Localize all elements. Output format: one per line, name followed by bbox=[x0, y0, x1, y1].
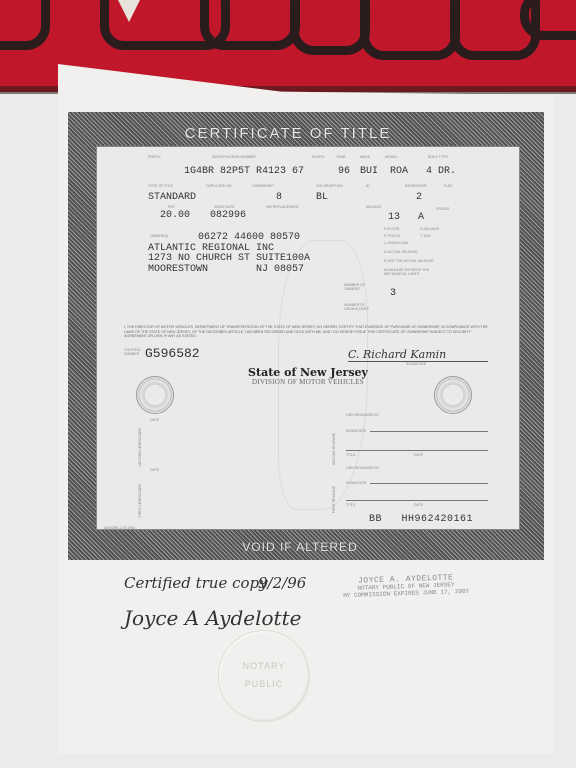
label-actual-mileage: A-ACTUAL MILEAGE bbox=[384, 250, 418, 254]
label-make: MAKE bbox=[360, 155, 370, 159]
label-ownership: OWNERSHIP bbox=[252, 184, 274, 188]
label-identification-number: IDENTIFICATION NUMBER bbox=[212, 155, 256, 159]
label-control-number: CONTROL NUMBER bbox=[124, 348, 142, 356]
label-police: P-POLICE bbox=[384, 234, 400, 238]
textile-pattern bbox=[290, 0, 370, 55]
certificate-title: CERTIFICATE OF TITLE bbox=[0, 125, 576, 142]
title-date-line-1[interactable] bbox=[346, 450, 488, 451]
textile-pattern bbox=[360, 0, 460, 60]
vin-value: 1G4BR 82P5T R4123 67 bbox=[184, 166, 304, 177]
director-signature: C. Richard Kamin bbox=[348, 348, 488, 362]
textile-pattern bbox=[520, 0, 576, 40]
label-year: YEAR bbox=[336, 155, 346, 159]
serial-number: BB HH962420161 bbox=[369, 514, 473, 525]
label-date-seal: DATE bbox=[150, 418, 159, 422]
textile-pattern bbox=[0, 0, 50, 50]
void-if-altered-notice: VOID IF ALTERED bbox=[0, 540, 576, 554]
label-suffix: SUFFIX bbox=[312, 155, 324, 159]
number-of-owners-value: 3 bbox=[390, 288, 396, 299]
label-body-type: BODY TYPE bbox=[428, 155, 448, 159]
title-date-line-2[interactable] bbox=[346, 500, 488, 501]
label-fuel: FUEL bbox=[444, 184, 453, 188]
status-value: A bbox=[418, 212, 424, 223]
label-first-lienholder: FIRST LIENHOLDER bbox=[138, 484, 142, 517]
signature-line-1[interactable] bbox=[370, 431, 488, 432]
ownership-value: 8 bbox=[276, 192, 282, 203]
certified-date: 9/2/96 bbox=[258, 574, 306, 592]
label-passengers: PASSENGER bbox=[405, 184, 427, 188]
label-taxi: T-TAXI bbox=[420, 234, 431, 238]
right-state-seal bbox=[434, 376, 472, 414]
label-not-actual-mileage: E-NOT THE ACTUAL MILEAGE bbox=[384, 259, 434, 263]
model-value: ROA bbox=[390, 166, 408, 177]
label-mileage: MILEAGE bbox=[366, 205, 382, 209]
label-title-1: TITLE bbox=[346, 453, 356, 457]
mileage-value: 13 bbox=[388, 212, 400, 223]
textile-pattern bbox=[200, 0, 300, 50]
label-issue-date: ISSUE DATE bbox=[214, 205, 235, 209]
label-lien-released-by-1: LIEN RELEASED BY bbox=[346, 413, 379, 417]
label-exceeds-limits: M-MILEAGE EXCEEDS THE MECHANICAL LIMITS bbox=[384, 268, 444, 276]
label-vin-replacement: VIN REPLACEMENT bbox=[266, 205, 299, 209]
label-fee: FEE bbox=[168, 205, 175, 209]
label-signature-2: SIGNATURE bbox=[346, 481, 366, 485]
issue-date-value: 082996 bbox=[210, 210, 246, 221]
label-number-of-owners: NUMBER OF OWNERS bbox=[344, 283, 368, 291]
body-type-value: 4 DR. bbox=[426, 166, 456, 177]
emboss-bottom: PUBLIC bbox=[219, 679, 309, 689]
label-duplicate-no: DUPLICATE NO. bbox=[206, 184, 233, 188]
owner-block: 06272 44600 80570 ATLANTIC REGIONAL INC … bbox=[148, 233, 310, 275]
label-color: COLOR/OPTION bbox=[316, 184, 343, 188]
owner-code: 06272 44600 80570 bbox=[148, 233, 310, 244]
certified-copy-note: Certified true copy bbox=[124, 574, 268, 592]
notary-embossed-seal: NOTARY PUBLIC bbox=[218, 630, 310, 722]
label-status: STATUS bbox=[436, 207, 449, 211]
owner-address: 1273 NO CHURCH ST SUITE100A bbox=[148, 254, 310, 265]
label-title-2: TITLE bbox=[346, 503, 356, 507]
type-of-title-value: STANDARD bbox=[148, 192, 196, 203]
control-number-value: G596582 bbox=[145, 346, 200, 361]
label-model: MODEL bbox=[385, 155, 397, 159]
passengers-value: 2 bbox=[416, 192, 422, 203]
label-type-of-title: TYPE OF TITLE bbox=[148, 184, 173, 188]
notary-signature: Joyce A Aydelotte bbox=[124, 606, 301, 630]
year-value: 96 bbox=[338, 166, 350, 177]
owner-city-state-zip: MOORESTOWN NJ 08057 bbox=[148, 265, 310, 276]
label-second-release: SECOND RELEASE bbox=[332, 433, 336, 465]
signature-line-2[interactable] bbox=[370, 483, 488, 484]
label-salvage: S-SALVAGE bbox=[420, 227, 439, 231]
label-lemon-law: L-LEMON LAW bbox=[384, 241, 408, 245]
form-number: DMV2R0-1 (R-1/95) bbox=[104, 526, 135, 530]
division-name: DIVISION OF MOTOR VEHICLES bbox=[0, 378, 576, 386]
left-state-seal bbox=[136, 376, 174, 414]
label-id: ID bbox=[366, 184, 370, 188]
color-value: BL bbox=[316, 192, 328, 203]
emboss-middle: NOTARY bbox=[219, 661, 309, 671]
make-value: BUI bbox=[360, 166, 378, 177]
label-flood: F-FLOOD bbox=[384, 227, 399, 231]
certification-statement: I, THE DIRECTOR OF MOTOR VEHICLES, DEPAR… bbox=[124, 325, 492, 339]
label-first-release: FIRST RELEASE bbox=[332, 486, 336, 513]
label-prefix: PREFIX bbox=[148, 155, 161, 159]
label-second-lienholder: SECOND LIENHOLDER bbox=[138, 428, 142, 466]
label-number-of-lienholders: NUMBER OF LIENHOLDERS bbox=[344, 303, 372, 311]
label-date-left: DATE bbox=[150, 468, 159, 472]
label-date-2: DATE bbox=[414, 503, 423, 507]
label-signature-1: SIGNATURE bbox=[346, 429, 366, 433]
fee-value: 20.00 bbox=[160, 210, 190, 221]
label-lien-released-by-2: LIEN RELEASED BY bbox=[346, 466, 379, 470]
label-date-1: DATE bbox=[414, 453, 423, 457]
